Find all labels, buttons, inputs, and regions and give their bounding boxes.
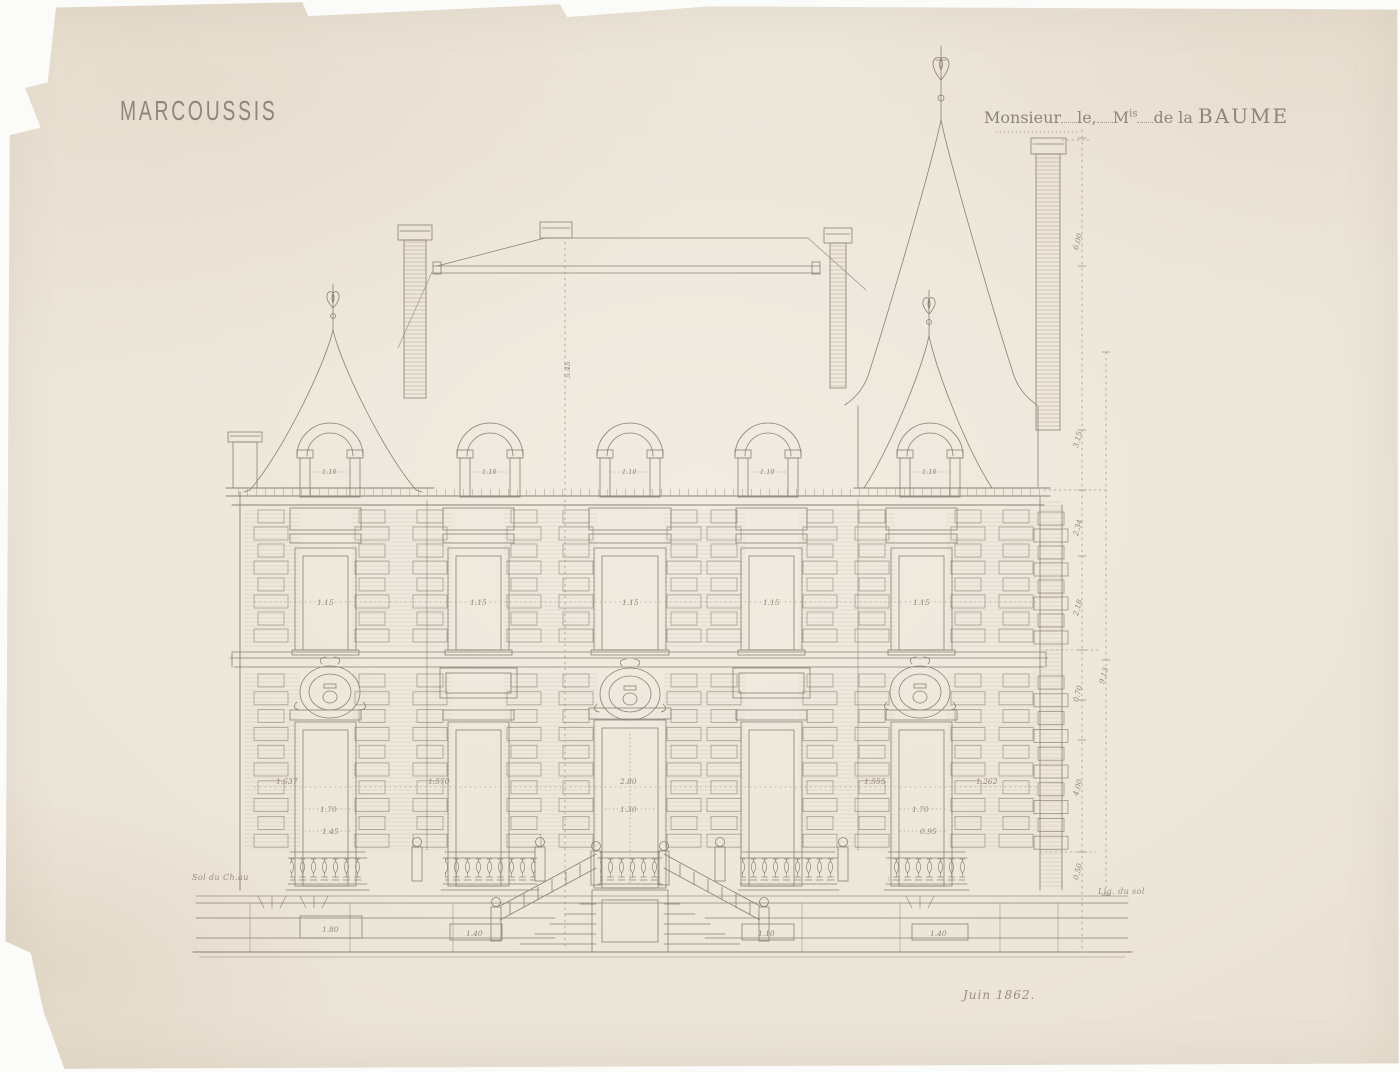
dimension-label: 1.15 (763, 598, 780, 607)
right-tall-spire (845, 46, 1038, 487)
dimension-label: 1.10 (760, 468, 774, 476)
dimension-label: 1.10 (322, 468, 336, 476)
dimension-label: 0.95 (920, 827, 937, 836)
dimension-label: 0.50 (1071, 862, 1084, 881)
dimension-label: 2.80 (619, 777, 637, 786)
dimension-label: 1.262 (976, 777, 998, 786)
dimension-label: 1.10 (622, 468, 636, 476)
dimension-label: 4.00 (1071, 778, 1084, 798)
dimension-label: 9.13 (1097, 666, 1110, 685)
dimension-label: 1.637 (276, 777, 298, 786)
dimension-label: 1.70 (912, 805, 929, 814)
dimension-label: 1.70 (320, 805, 337, 814)
right-tower-roof (864, 290, 992, 488)
dimension-label: 1.30 (620, 805, 637, 814)
elevation-drawing: 5.45 1.10 1.10 1.10 1.10 1.10 1.15 1.15 … (0, 0, 1400, 1072)
right-return-wall (1034, 497, 1068, 890)
left-tower-roof (244, 284, 422, 492)
dimension-label: 1.10 (758, 929, 775, 938)
dimension-label: 1.40 (930, 929, 947, 938)
dormer-windows (297, 423, 963, 497)
dimension-label: 1.15 (470, 598, 487, 607)
dimension-label: 1.10 (482, 468, 496, 476)
ground-floor-piers (244, 672, 1037, 850)
dimension-label: 1.40 (466, 929, 483, 938)
upper-floor-piers (244, 510, 1037, 648)
dimension-label: 1.570 (428, 777, 450, 786)
dimension-label: 5.45 (563, 361, 572, 378)
scanned-drawing-sheet: MARCOUSSIS Monsieurle,Misde la BAUME Jui… (0, 0, 1400, 1072)
dimension-label: 1.555 (864, 777, 886, 786)
main-hipped-roof (398, 222, 866, 348)
dimension-label: 1.15 (913, 598, 930, 607)
dimension-label: 1.15 (622, 598, 639, 607)
dimension-label: 6.00 (1071, 232, 1084, 251)
dimension-label: 3.15 (1071, 430, 1084, 449)
dimension-label: 1.80 (322, 925, 339, 934)
dimension-label: 1.45 (322, 827, 339, 836)
chimneys (398, 138, 1066, 430)
dimension-label: 2.18 (1071, 598, 1084, 618)
dimension-label: 1.15 (317, 598, 334, 607)
left-side-cap (228, 432, 262, 488)
dimension-label: 1.10 (922, 468, 936, 476)
